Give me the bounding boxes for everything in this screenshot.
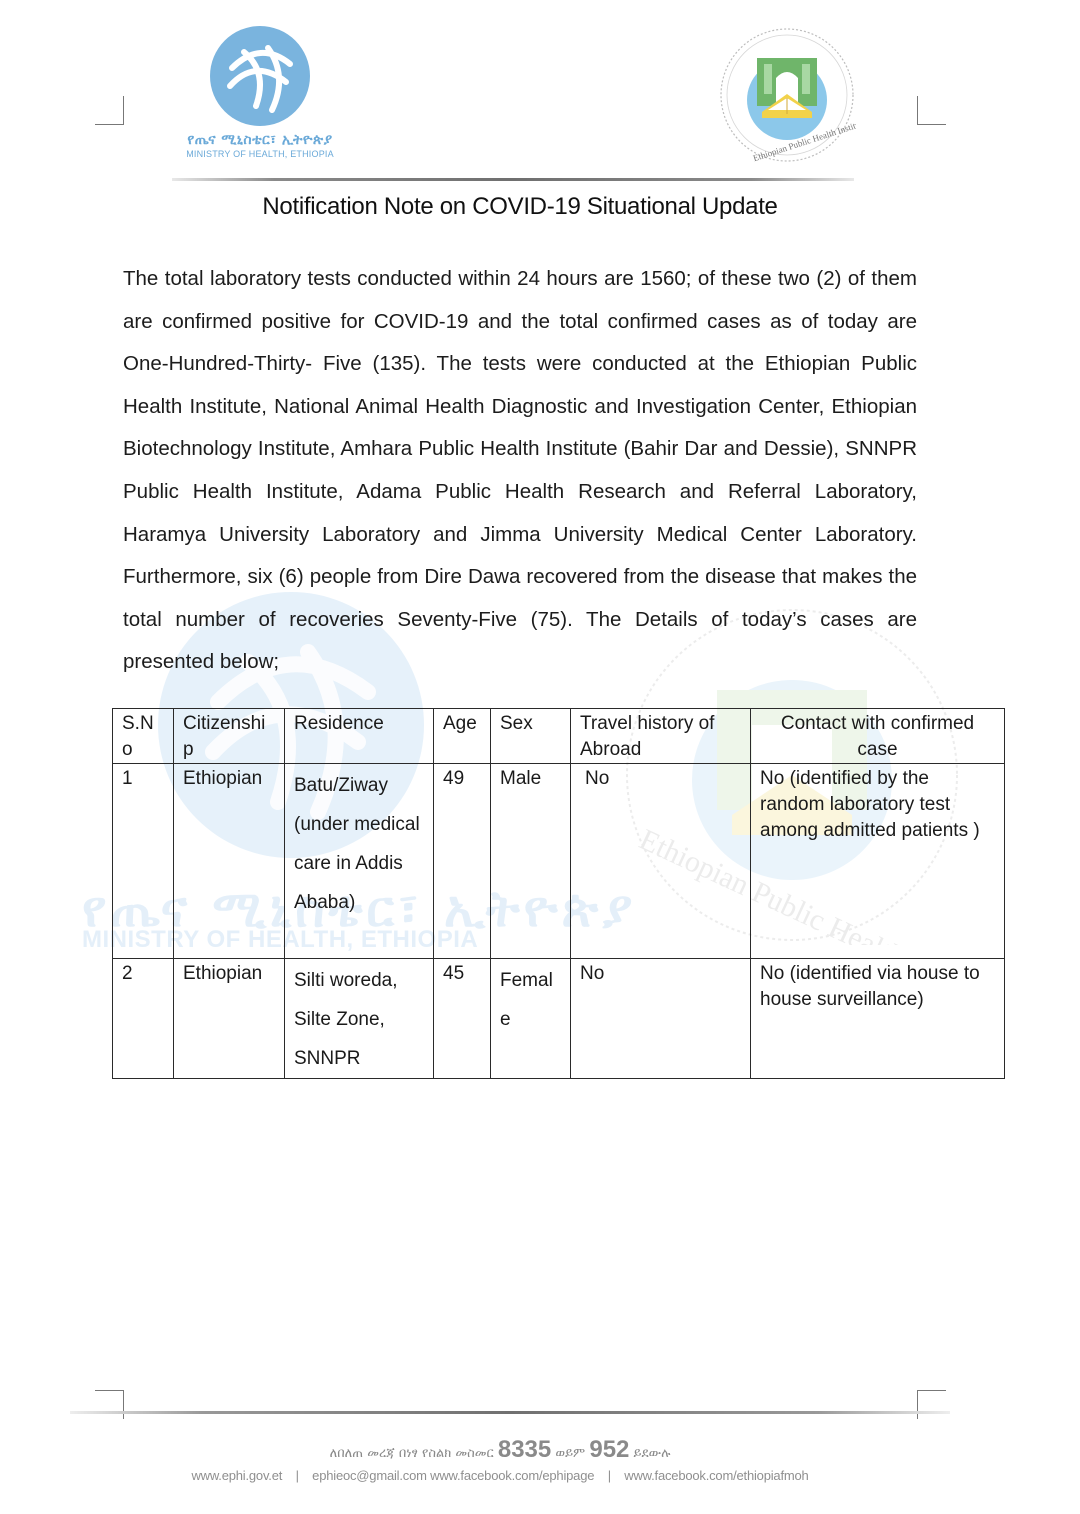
cell-citizenship: Ethiopian (174, 959, 285, 1079)
cell-sno: 2 (113, 959, 174, 1079)
footer-divider (70, 1411, 950, 1414)
header-contact: Contact with confirmed case (751, 709, 1005, 764)
table-row: 1 Ethiopian Batu/Ziway (under medical ca… (113, 764, 1005, 959)
table-row: 2 Ethiopian Silti woreda, Silte Zone, SN… (113, 959, 1005, 1079)
cell-citizenship: Ethiopian (174, 764, 285, 959)
hotline-prefix: ለበለጠ መረጃ በነፃ የስልክ መስመር (330, 1446, 494, 1461)
moh-amharic-name: የጤና ሚኒስቴር፣ ኢትዮጵያ (180, 132, 340, 148)
header-sex: Sex (491, 709, 571, 764)
moh-emblem-icon (210, 26, 310, 126)
crop-mark-bottom-left (95, 1390, 124, 1419)
moh-english-name: MINISTRY OF HEALTH, ETHIOPIA (180, 149, 340, 159)
footer-separator: | (608, 1468, 611, 1483)
footer-separator: | (296, 1468, 299, 1483)
ministry-of-health-logo: የጤና ሚኒስቴር፣ ኢትዮጵያ MINISTRY OF HEALTH, ETH… (180, 26, 340, 159)
header-travel-history: Travel history of Abroad (571, 709, 751, 764)
ephi-seal-icon: Ethiopian Public Health Institute (718, 26, 856, 164)
hotline-number-2: 952 (589, 1436, 629, 1463)
header-residence: Residence (285, 709, 434, 764)
header-age: Age (434, 709, 491, 764)
footer-links: www.ephi.gov.et | ephieoc@gmail.com www.… (0, 1468, 1000, 1483)
cell-contact: No (identified by the random laboratory … (751, 764, 1005, 959)
hotline-suffix: ይደውሉ (634, 1446, 671, 1461)
cell-sex: Male (491, 764, 571, 959)
cell-sno: 1 (113, 764, 174, 959)
link-ephi-website[interactable]: www.ephi.gov.et (191, 1468, 282, 1483)
header-citizenship: Citizenshi p (174, 709, 285, 764)
cell-residence: Silti woreda, Silte Zone, SNNPR (285, 959, 434, 1079)
hotline-notice: ለበለጠ መረጃ በነፃ የስልክ መስመር 8335 ወይም 952 ይደውሉ (0, 1436, 1000, 1464)
cell-contact: No (identified via house to house survei… (751, 959, 1005, 1079)
cell-travel-history: No (571, 764, 751, 959)
link-email-facebook-ephi[interactable]: ephieoc@gmail.com www.facebook.com/ephip… (312, 1468, 594, 1483)
cell-sex: Femal e (491, 959, 571, 1079)
crop-mark-top-left (95, 96, 124, 125)
crop-mark-top-right (917, 96, 946, 125)
hotline-number-1: 8335 (498, 1436, 551, 1463)
situation-summary-paragraph: The total laboratory tests conducted wit… (123, 258, 917, 684)
cell-residence: Batu/Ziway (under medical care in Addis … (285, 764, 434, 959)
table-header-row: S.N o Citizenshi p Residence Age Sex Tra… (113, 709, 1005, 764)
ephi-seal-logo: Ethiopian Public Health Institute (718, 26, 856, 164)
hotline-or: ወይም (555, 1446, 585, 1461)
page-title: Notification Note on COVID-19 Situationa… (0, 193, 1040, 221)
cell-age: 45 (434, 959, 491, 1079)
link-facebook-moh[interactable]: www.facebook.com/ethiopiafmoh (624, 1468, 808, 1483)
cases-table: S.N o Citizenshi p Residence Age Sex Tra… (112, 708, 1005, 1079)
header-divider (172, 178, 854, 181)
crop-mark-bottom-right (917, 1390, 946, 1419)
cell-age: 49 (434, 764, 491, 959)
header-sno: S.N o (113, 709, 174, 764)
cell-travel-history: No (571, 959, 751, 1079)
